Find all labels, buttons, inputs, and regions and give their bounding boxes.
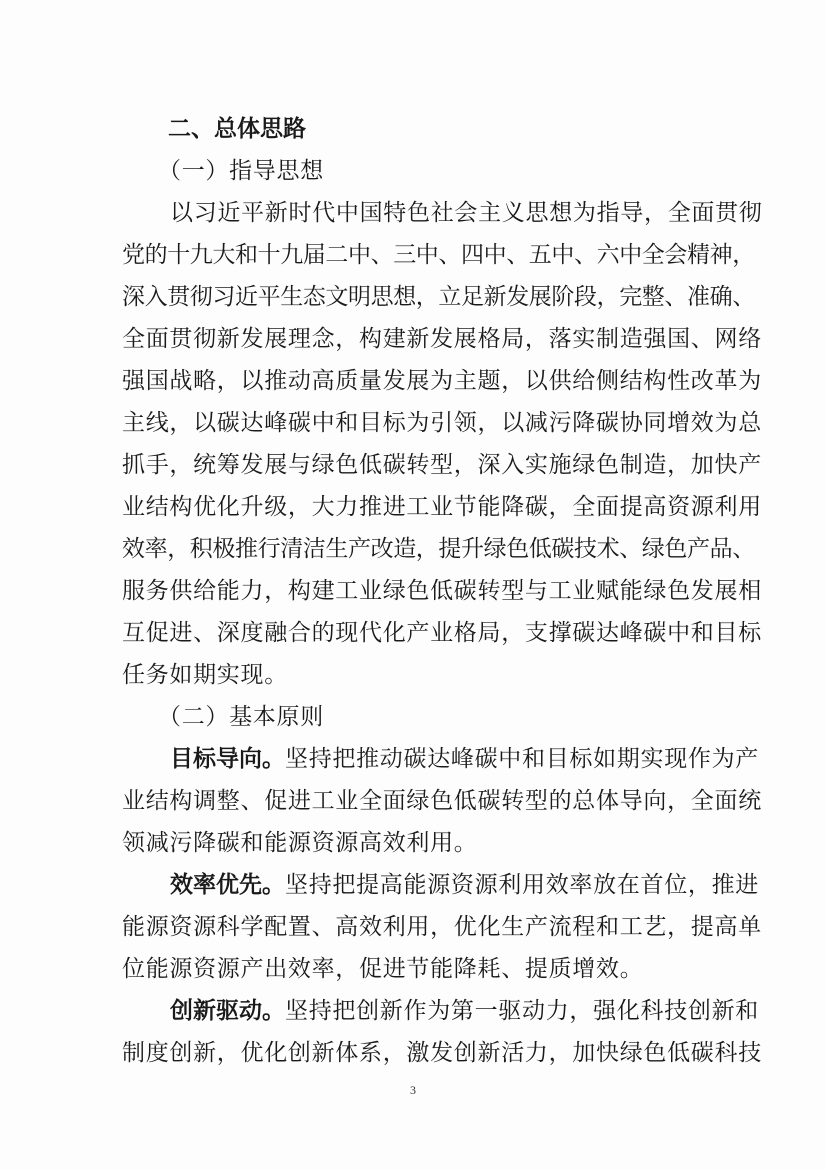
paragraph-line: 全面贯彻新发展理念，构建新发展格局，落实制造强国、网络: [122, 318, 708, 360]
principle-lead: 效率优先。: [170, 872, 285, 898]
subsection-title-basic-principles: （二）基本原则: [122, 696, 708, 738]
principle-goal-oriented: 目标导向。坚持把推动碳达峰碳中和目标如期实现作为产 业结构调整、促进工业全面绿色…: [122, 738, 708, 864]
principle-lead: 创新驱动。: [170, 998, 285, 1024]
principle-efficiency-first: 效率优先。坚持把提高能源资源利用效率放在首位，推进 能源资源科学配置、高效利用，…: [122, 864, 708, 990]
paragraph-line: 强国战略，以推动高质量发展为主题，以供给侧结构性改革为: [122, 360, 708, 402]
principle-text: 坚持把推动碳达峰碳中和目标如期实现作为产: [285, 746, 759, 772]
principle-innovation-driven: 创新驱动。坚持把创新作为第一驱动力，强化科技创新和 制度创新，优化创新体系，激发…: [122, 990, 708, 1074]
paragraph-line: 任务如期实现。: [122, 654, 708, 696]
paragraph-line: 业结构优化升级，大力推进工业节能降碳，全面提高资源利用: [122, 486, 708, 528]
principle-lead: 目标导向。: [170, 746, 285, 772]
principle-first-line: 创新驱动。坚持把创新作为第一驱动力，强化科技创新和: [122, 990, 708, 1032]
paragraph-line: 领减污降碳和能源资源高效利用。: [122, 822, 708, 864]
paragraph-line: 互促进、深度融合的现代化产业格局，支撑碳达峰碳中和目标: [122, 612, 708, 654]
principle-first-line: 效率优先。坚持把提高能源资源利用效率放在首位，推进: [122, 864, 708, 906]
document-page: 二、总体思路 （一）指导思想 以习近平新时代中国特色社会主义思想为指导，全面贯彻…: [0, 0, 826, 1169]
document-body: 二、总体思路 （一）指导思想 以习近平新时代中国特色社会主义思想为指导，全面贯彻…: [122, 108, 708, 1074]
paragraph-line: 能源资源科学配置、高效利用，优化生产流程和工艺，提高单: [122, 906, 708, 948]
principle-first-line: 目标导向。坚持把推动碳达峰碳中和目标如期实现作为产: [122, 738, 708, 780]
paragraph-line: 效率，积极推行清洁生产改造，提升绿色低碳技术、绿色产品、: [122, 528, 708, 570]
paragraph-line: 以习近平新时代中国特色社会主义思想为指导，全面贯彻: [122, 192, 708, 234]
paragraph-line: 深入贯彻习近平生态文明思想，立足新发展阶段，完整、准确、: [122, 276, 708, 318]
subsection-title-guiding-ideology: （一）指导思想: [122, 150, 708, 192]
paragraph-line: 位能源资源产出效率，促进节能降耗、提质增效。: [122, 948, 708, 990]
guiding-ideology-paragraph: 以习近平新时代中国特色社会主义思想为指导，全面贯彻 党的十九大和十九届二中、三中…: [122, 192, 708, 696]
paragraph-line: 抓手，统筹发展与绿色低碳转型，深入实施绿色制造，加快产: [122, 444, 708, 486]
paragraph-line: 主线，以碳达峰碳中和目标为引领，以减污降碳协同增效为总: [122, 402, 708, 444]
principle-text: 坚持把创新作为第一驱动力，强化科技创新和: [285, 998, 759, 1024]
section-heading: 二、总体思路: [122, 108, 708, 150]
paragraph-line: 服务供给能力，构建工业绿色低碳转型与工业赋能绿色发展相: [122, 570, 708, 612]
paragraph-line: 业结构调整、促进工业全面绿色低碳转型的总体导向，全面统: [122, 780, 708, 822]
paragraph-line: 党的十九大和十九届二中、三中、四中、五中、六中全会精神，: [122, 234, 708, 276]
principle-text: 坚持把提高能源资源利用效率放在首位，推进: [285, 872, 759, 898]
paragraph-line: 制度创新，优化创新体系，激发创新活力，加快绿色低碳科技: [122, 1032, 708, 1074]
page-number: 3: [0, 1083, 826, 1098]
